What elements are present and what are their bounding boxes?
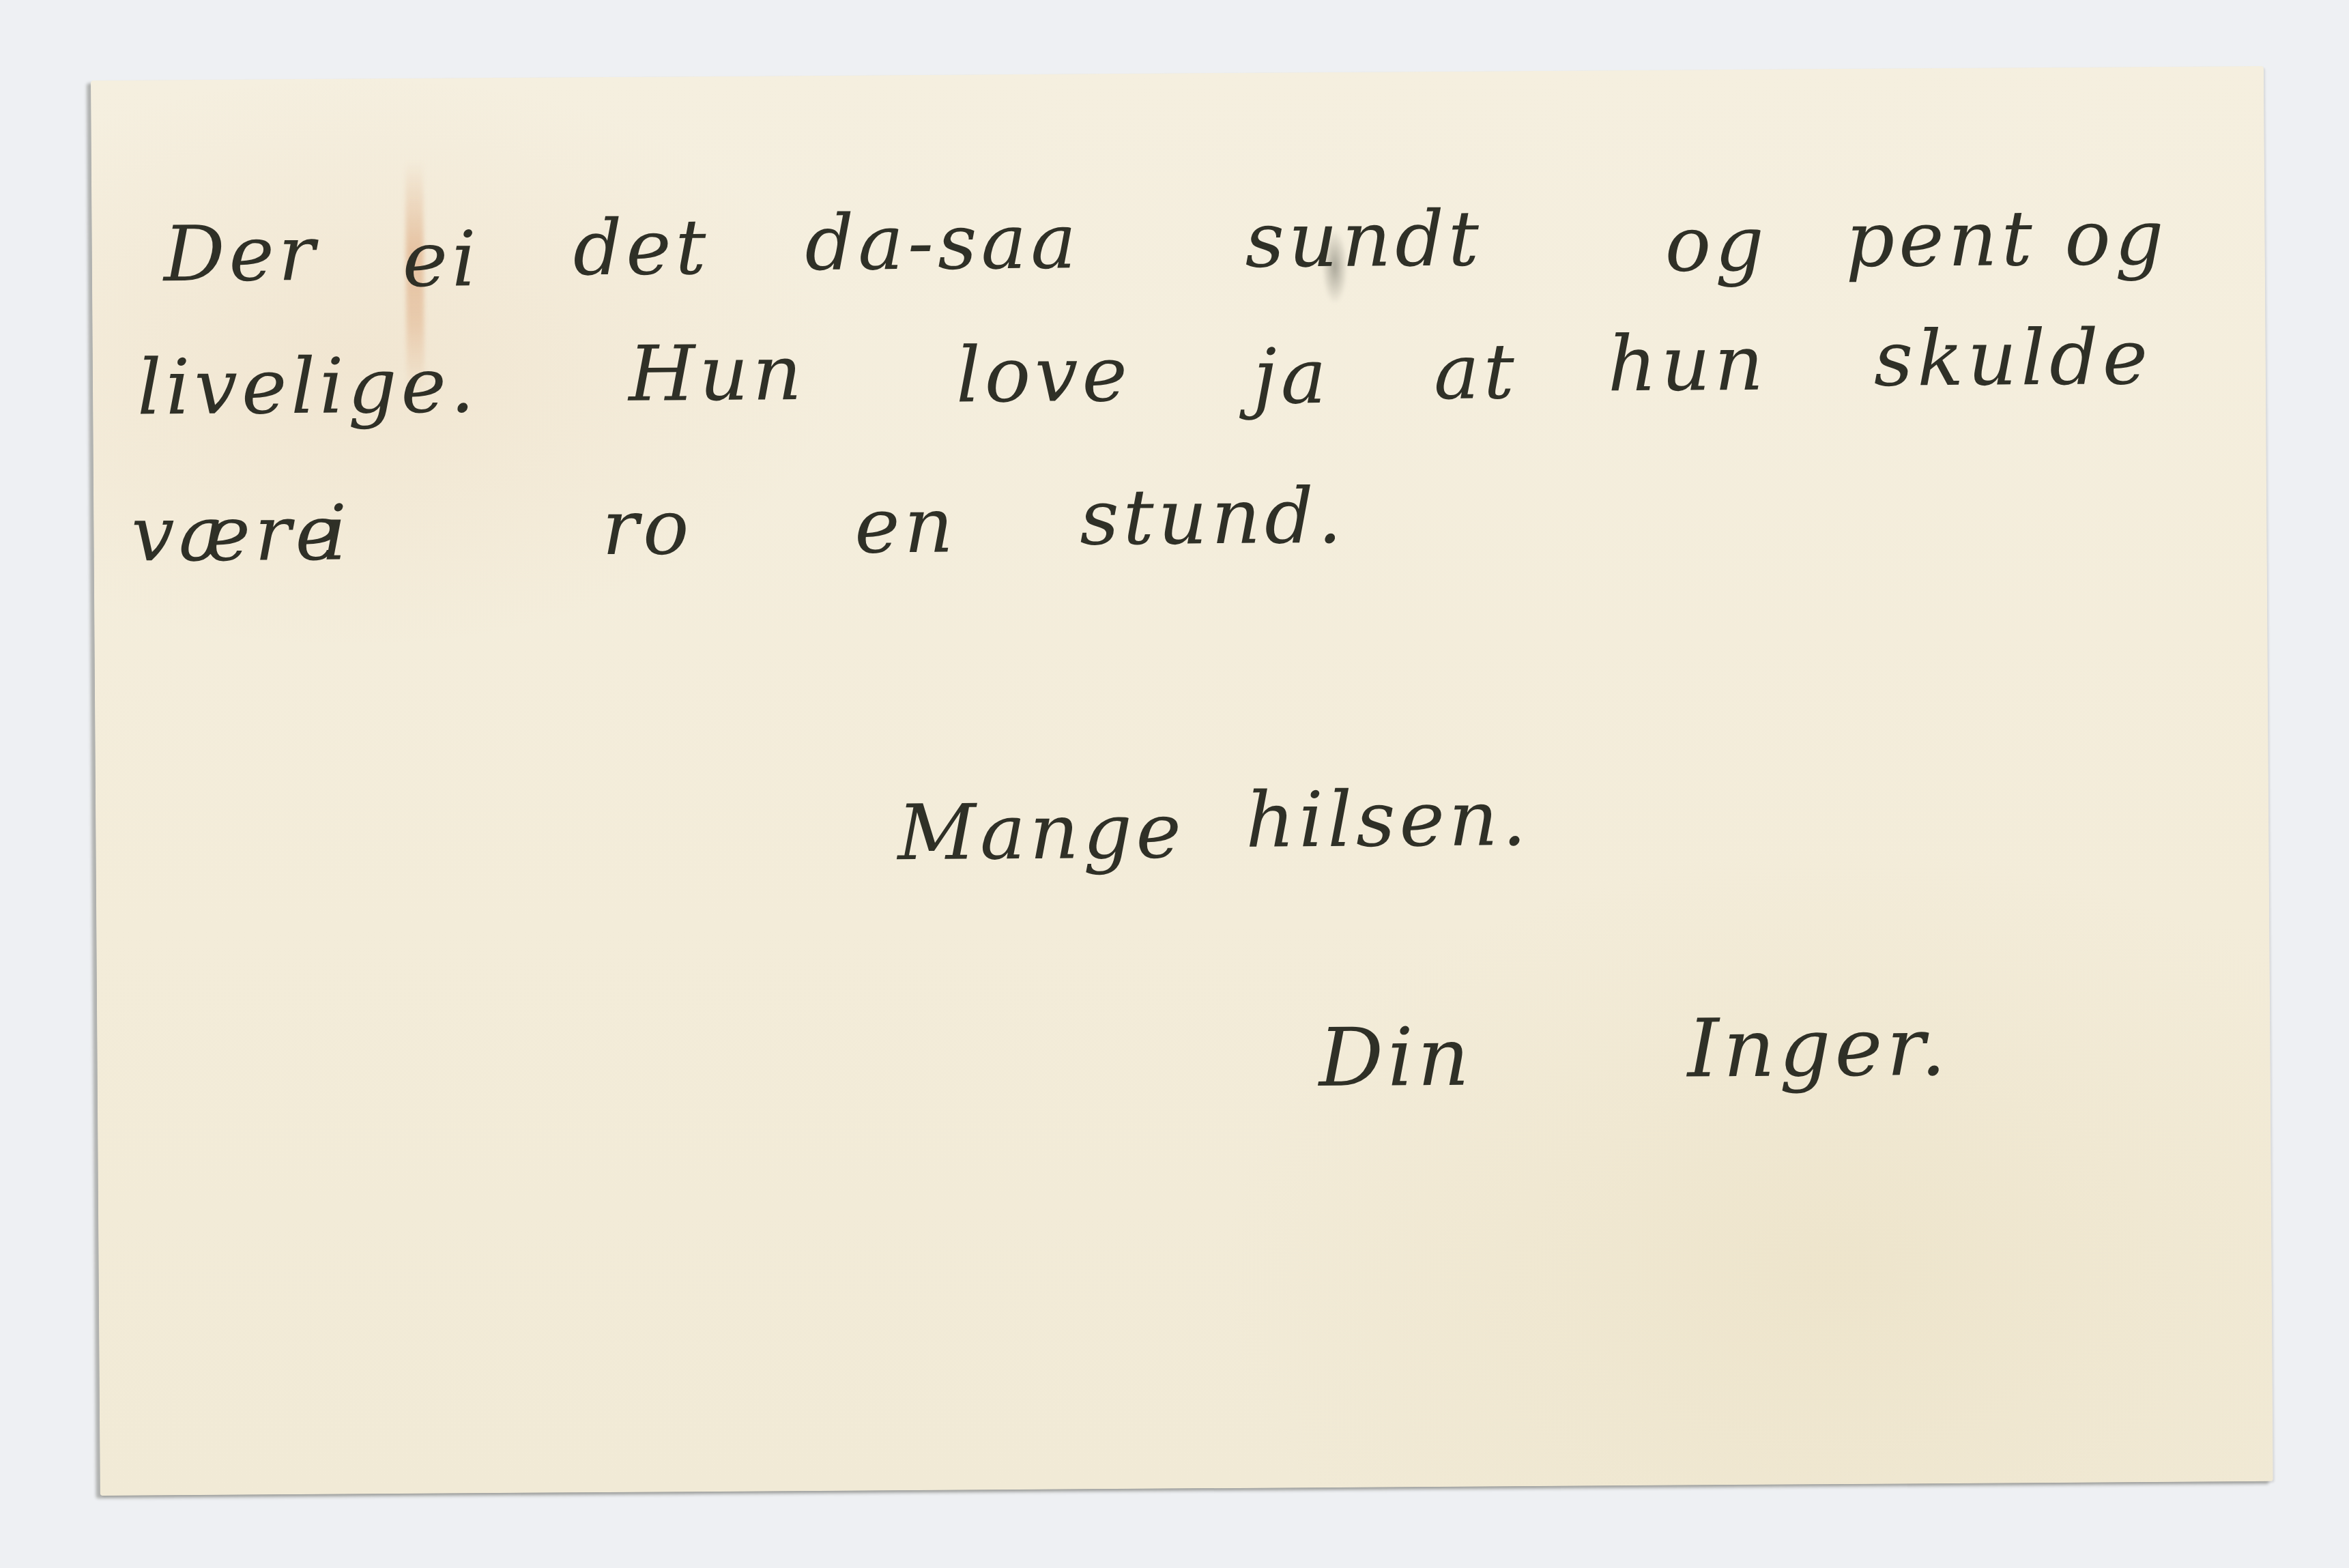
letter-line-1: Der ei det da-saa sundt og pent og <box>91 66 2264 81</box>
handwritten-word: stund. <box>1080 478 1346 557</box>
handwritten-word: en <box>854 488 957 565</box>
handwritten-word: Din <box>1318 1017 1473 1098</box>
handwritten-word: Inger. <box>1687 1006 1950 1089</box>
handwritten-word: sundt <box>1245 201 1483 278</box>
letter-line-3: være i ro en stund. <box>91 66 2264 81</box>
handwritten-word: i <box>322 495 351 571</box>
handwritten-word: være <box>131 495 345 573</box>
handwritten-word: livelige. <box>137 347 479 426</box>
handwritten-word: da-saa <box>805 203 1080 282</box>
handwritten-word: at <box>1434 334 1519 411</box>
signature: Din Inger. <box>91 66 2264 81</box>
handwritten-word: hun <box>1607 325 1768 403</box>
handwritten-word: ro <box>602 489 693 566</box>
handwritten-word: love <box>956 336 1132 414</box>
handwritten-word: ei <box>402 221 480 298</box>
letter-line-2: livelige. Hun love ja at hun skulde <box>91 66 2264 81</box>
handwritten-word: Mange <box>897 793 1185 871</box>
handwritten-word: og <box>1665 206 1768 283</box>
handwritten-word: pent og <box>1845 200 2168 278</box>
handwritten-word: ja <box>1253 338 1331 416</box>
handwritten-word: Der <box>163 216 319 293</box>
handwritten-word: hilsen. <box>1245 781 1531 859</box>
closing-greeting: Mange hilsen. <box>91 66 2264 81</box>
handwritten-word: Hun <box>629 335 807 413</box>
handwritten-word: skulde <box>1873 319 2152 398</box>
postcard: Der ei det da-saa sundt og pent og livel… <box>91 66 2273 1496</box>
handwritten-word: det <box>573 209 710 287</box>
